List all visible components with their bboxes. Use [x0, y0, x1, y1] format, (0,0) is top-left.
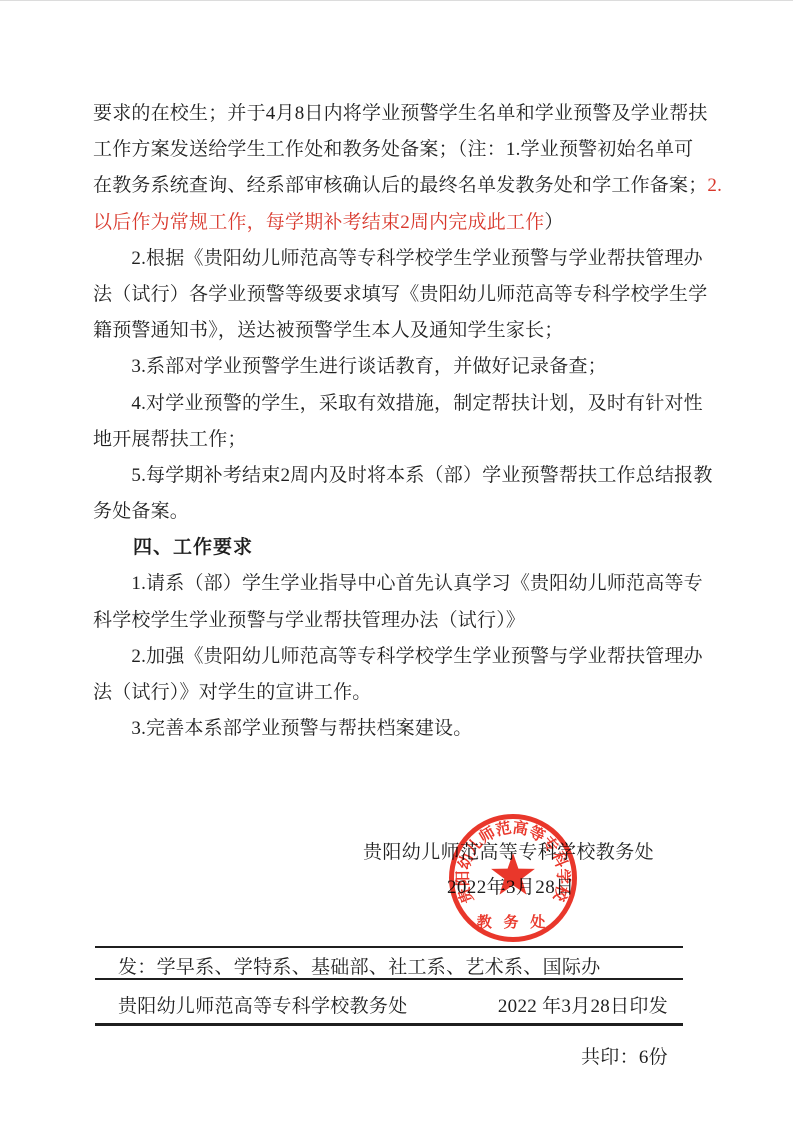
official-seal: 贵阳幼儿师范高等专科学校 教 务 处	[443, 808, 583, 948]
document-body: 要求的在校生；并于4月8日内将学业预警学生名单和学业预警及学业帮扶 工作方案发送…	[93, 96, 753, 747]
body-line: 地开展帮扶工作；	[93, 422, 753, 458]
body-line: 4.对学业预警的学生，采取有效措施，制定帮扶计划，及时有针对性	[93, 386, 753, 422]
seal-center-label: 教 务 处	[477, 913, 550, 931]
body-line: 3.完善本系部学业预警与帮扶档案建设。	[93, 711, 753, 747]
body-line: 在教务系统查询、经系部审核确认后的最终名单发教务处和学工作备案；2.	[93, 168, 753, 204]
red-note-text: 2.	[707, 175, 722, 196]
body-line: 法（试行）各学业预警等级要求填写《贵阳幼儿师范高等专科学校学生学	[93, 277, 753, 313]
imprint-row: 贵阳幼儿师范高等专科学校教务处 2022 年3月28日印发	[118, 991, 668, 1018]
body-line: 3.系部对学业预警学生进行谈话教育，并做好记录备查；	[93, 349, 753, 385]
body-line: 法（试行）》对学生的宣讲工作。	[93, 675, 753, 711]
section-heading: 四、工作要求	[93, 530, 753, 566]
body-line: 籍预警通知书》，送达被预警学生本人及通知学生家长；	[93, 313, 753, 349]
footer-divider-middle	[95, 978, 683, 980]
body-line: 工作方案发送给学生工作处和教务处备案；（注：1.学业预警初始名单可	[93, 132, 753, 168]
seal-star-icon	[491, 853, 535, 895]
footer-divider-top	[95, 946, 683, 948]
copies-count: 共印：6份	[483, 1042, 668, 1069]
body-line: 科学校学生学业预警与学业帮扶管理办法（试行）》	[93, 603, 753, 639]
body-text: 在教务系统查询、经系部审核确认后的最终名单发教务处和学工作备案；	[93, 175, 707, 196]
body-line: 1.请系（部）学生学业指导中心首先认真学习《贵阳幼儿师范高等专	[93, 566, 753, 602]
body-line: 以后作为常规工作，每学期补考结束2周内完成此工作）	[93, 205, 753, 241]
footer-divider-bottom	[95, 1023, 683, 1026]
red-note-text: 以后作为常规工作，每学期补考结束2周内完成此工作	[93, 212, 544, 233]
imprint-issuer: 贵阳幼儿师范高等专科学校教务处	[118, 991, 408, 1018]
body-line: 2.加强《贵阳幼儿师范高等专科学校学生学业预警与学业帮扶管理办	[93, 639, 753, 675]
imprint-print-date: 2022 年3月28日印发	[498, 991, 668, 1018]
body-line: 2.根据《贵阳幼儿师范高等专科学校学生学业预警与学业帮扶管理办	[93, 241, 753, 277]
body-text: ）	[544, 212, 563, 233]
document-page: 要求的在校生；并于4月8日内将学业预警学生名单和学业预警及学业帮扶 工作方案发送…	[0, 0, 793, 1122]
body-line: 务处备案。	[93, 494, 753, 530]
body-line: 要求的在校生；并于4月8日内将学业预警学生名单和学业预警及学业帮扶	[93, 96, 753, 132]
distribution-line: 发：学早系、学特系、基础部、社工系、艺术系、国际办	[118, 952, 601, 979]
body-line: 5.每学期补考结束2周内及时将本系（部）学业预警帮扶工作总结报教	[93, 458, 753, 494]
